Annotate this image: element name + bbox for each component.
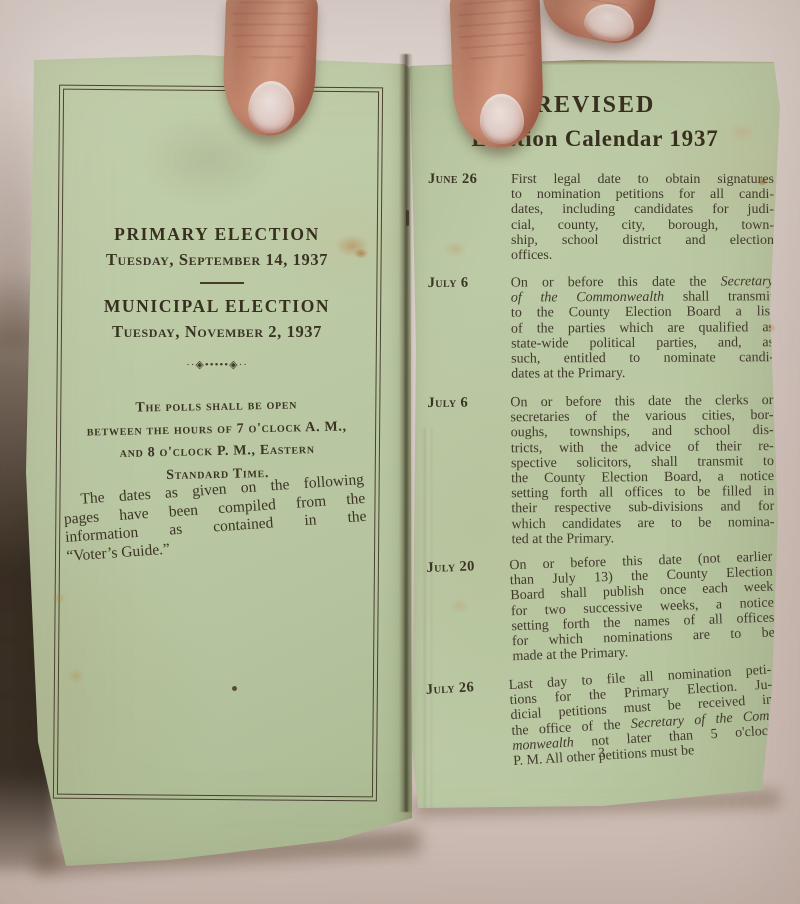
- calendar-entry: June 26 First legal date to obtain signa…: [428, 172, 774, 263]
- text-line: ted at the Primary.: [512, 529, 775, 546]
- calendar-title: Election Calendar 1937: [402, 126, 788, 152]
- text-line: setting forth all offices to be filled i…: [511, 484, 774, 501]
- entry-date: June 26: [428, 172, 502, 263]
- entry-text: First legal date to obtain signaturesto …: [511, 172, 774, 263]
- text-line: tricts, with the advice of their re-: [511, 438, 774, 455]
- calendar-entry: July 6 On or before this date the clerks…: [427, 393, 774, 548]
- entry-date: July 26: [425, 679, 504, 774]
- right-page: REVISED Election Calendar 1937 June 26 F…: [402, 48, 788, 820]
- fingernail: [479, 93, 525, 145]
- text-line: dates at the Primary.: [511, 366, 774, 383]
- page-number: 3: [598, 746, 606, 762]
- municipal-election-title: MUNICIPAL ELECTION: [60, 296, 374, 317]
- text-line: spective solicitors, shall transmit to: [511, 453, 774, 470]
- left-page: PRIMARY ELECTION Tuesday, September 14, …: [18, 42, 412, 870]
- calendar-entry: July 6 On or before this date the Secret…: [428, 274, 775, 382]
- calendar-entry: July 20 On or before this date (not earl…: [426, 549, 775, 667]
- text-line: to the County Election Board a list: [511, 305, 774, 322]
- entry-text: On or before this date (not earlierthan …: [509, 549, 775, 664]
- entry-text: On or before this date the clerks orsecr…: [510, 393, 774, 547]
- text-line: state-wide political parties, and, as: [511, 335, 774, 352]
- text-line: offices.: [511, 248, 774, 263]
- text-line: On or before this date the Secretary: [511, 274, 774, 291]
- text-line: such, entitled to nominate candi-: [511, 350, 774, 367]
- text-line: of the parties which are qualified as: [511, 320, 774, 337]
- text-line: oughs, townships, and school dis-: [511, 423, 774, 440]
- text-line: which candidates are to be nomina-: [511, 514, 774, 531]
- primary-election-heading: PRIMARY ELECTION Tuesday, September 14, …: [60, 224, 374, 270]
- entry-date: July 20: [426, 558, 503, 667]
- photo-scene: PRIMARY ELECTION Tuesday, September 14, …: [0, 0, 800, 904]
- text-line: the County Election Board, a notice: [511, 469, 774, 486]
- text-line: ship, school district and election: [511, 233, 774, 248]
- staple: [406, 210, 409, 226]
- primary-election-date: Tuesday, September 14, 1937: [60, 250, 374, 270]
- text-line: First legal date to obtain signatures: [511, 172, 774, 187]
- text-line: of the Commonwealth shall transmit: [511, 290, 774, 307]
- finger-middle: [449, 0, 545, 150]
- booklet-gutter: [399, 54, 413, 812]
- text-line: to nomination petitions for all candi-: [511, 187, 774, 202]
- calendar-entries: June 26 First legal date to obtain signa…: [428, 172, 774, 784]
- text-line: cial, county, city, borough, town-: [511, 218, 774, 233]
- municipal-election-date: Tuesday, November 2, 1937: [60, 322, 374, 342]
- entry-date: July 6: [428, 276, 503, 383]
- text-line: their respective sub-divisions and for: [511, 499, 774, 516]
- text-line: secretaries of the various cities, bor-: [510, 408, 773, 425]
- text-line: dates, including candidates for judi-: [511, 202, 774, 217]
- finger-partial-top-right: [536, 0, 660, 50]
- entry-date: July 6: [427, 395, 502, 548]
- primary-election-title: PRIMARY ELECTION: [60, 224, 374, 245]
- entry-text: Last day to file all nomination peti-tio…: [508, 663, 776, 770]
- text-line: On or before this date the clerks or: [510, 393, 773, 410]
- divider-rule: [200, 282, 244, 284]
- fingernail: [247, 80, 295, 134]
- municipal-election-heading: MUNICIPAL ELECTION Tuesday, November 2, …: [60, 296, 374, 342]
- entry-text: On or before this date the Secretaryof t…: [511, 274, 775, 382]
- fingernail: [582, 0, 638, 45]
- ornament-dingbat: ··◈•••••◈··: [60, 358, 374, 371]
